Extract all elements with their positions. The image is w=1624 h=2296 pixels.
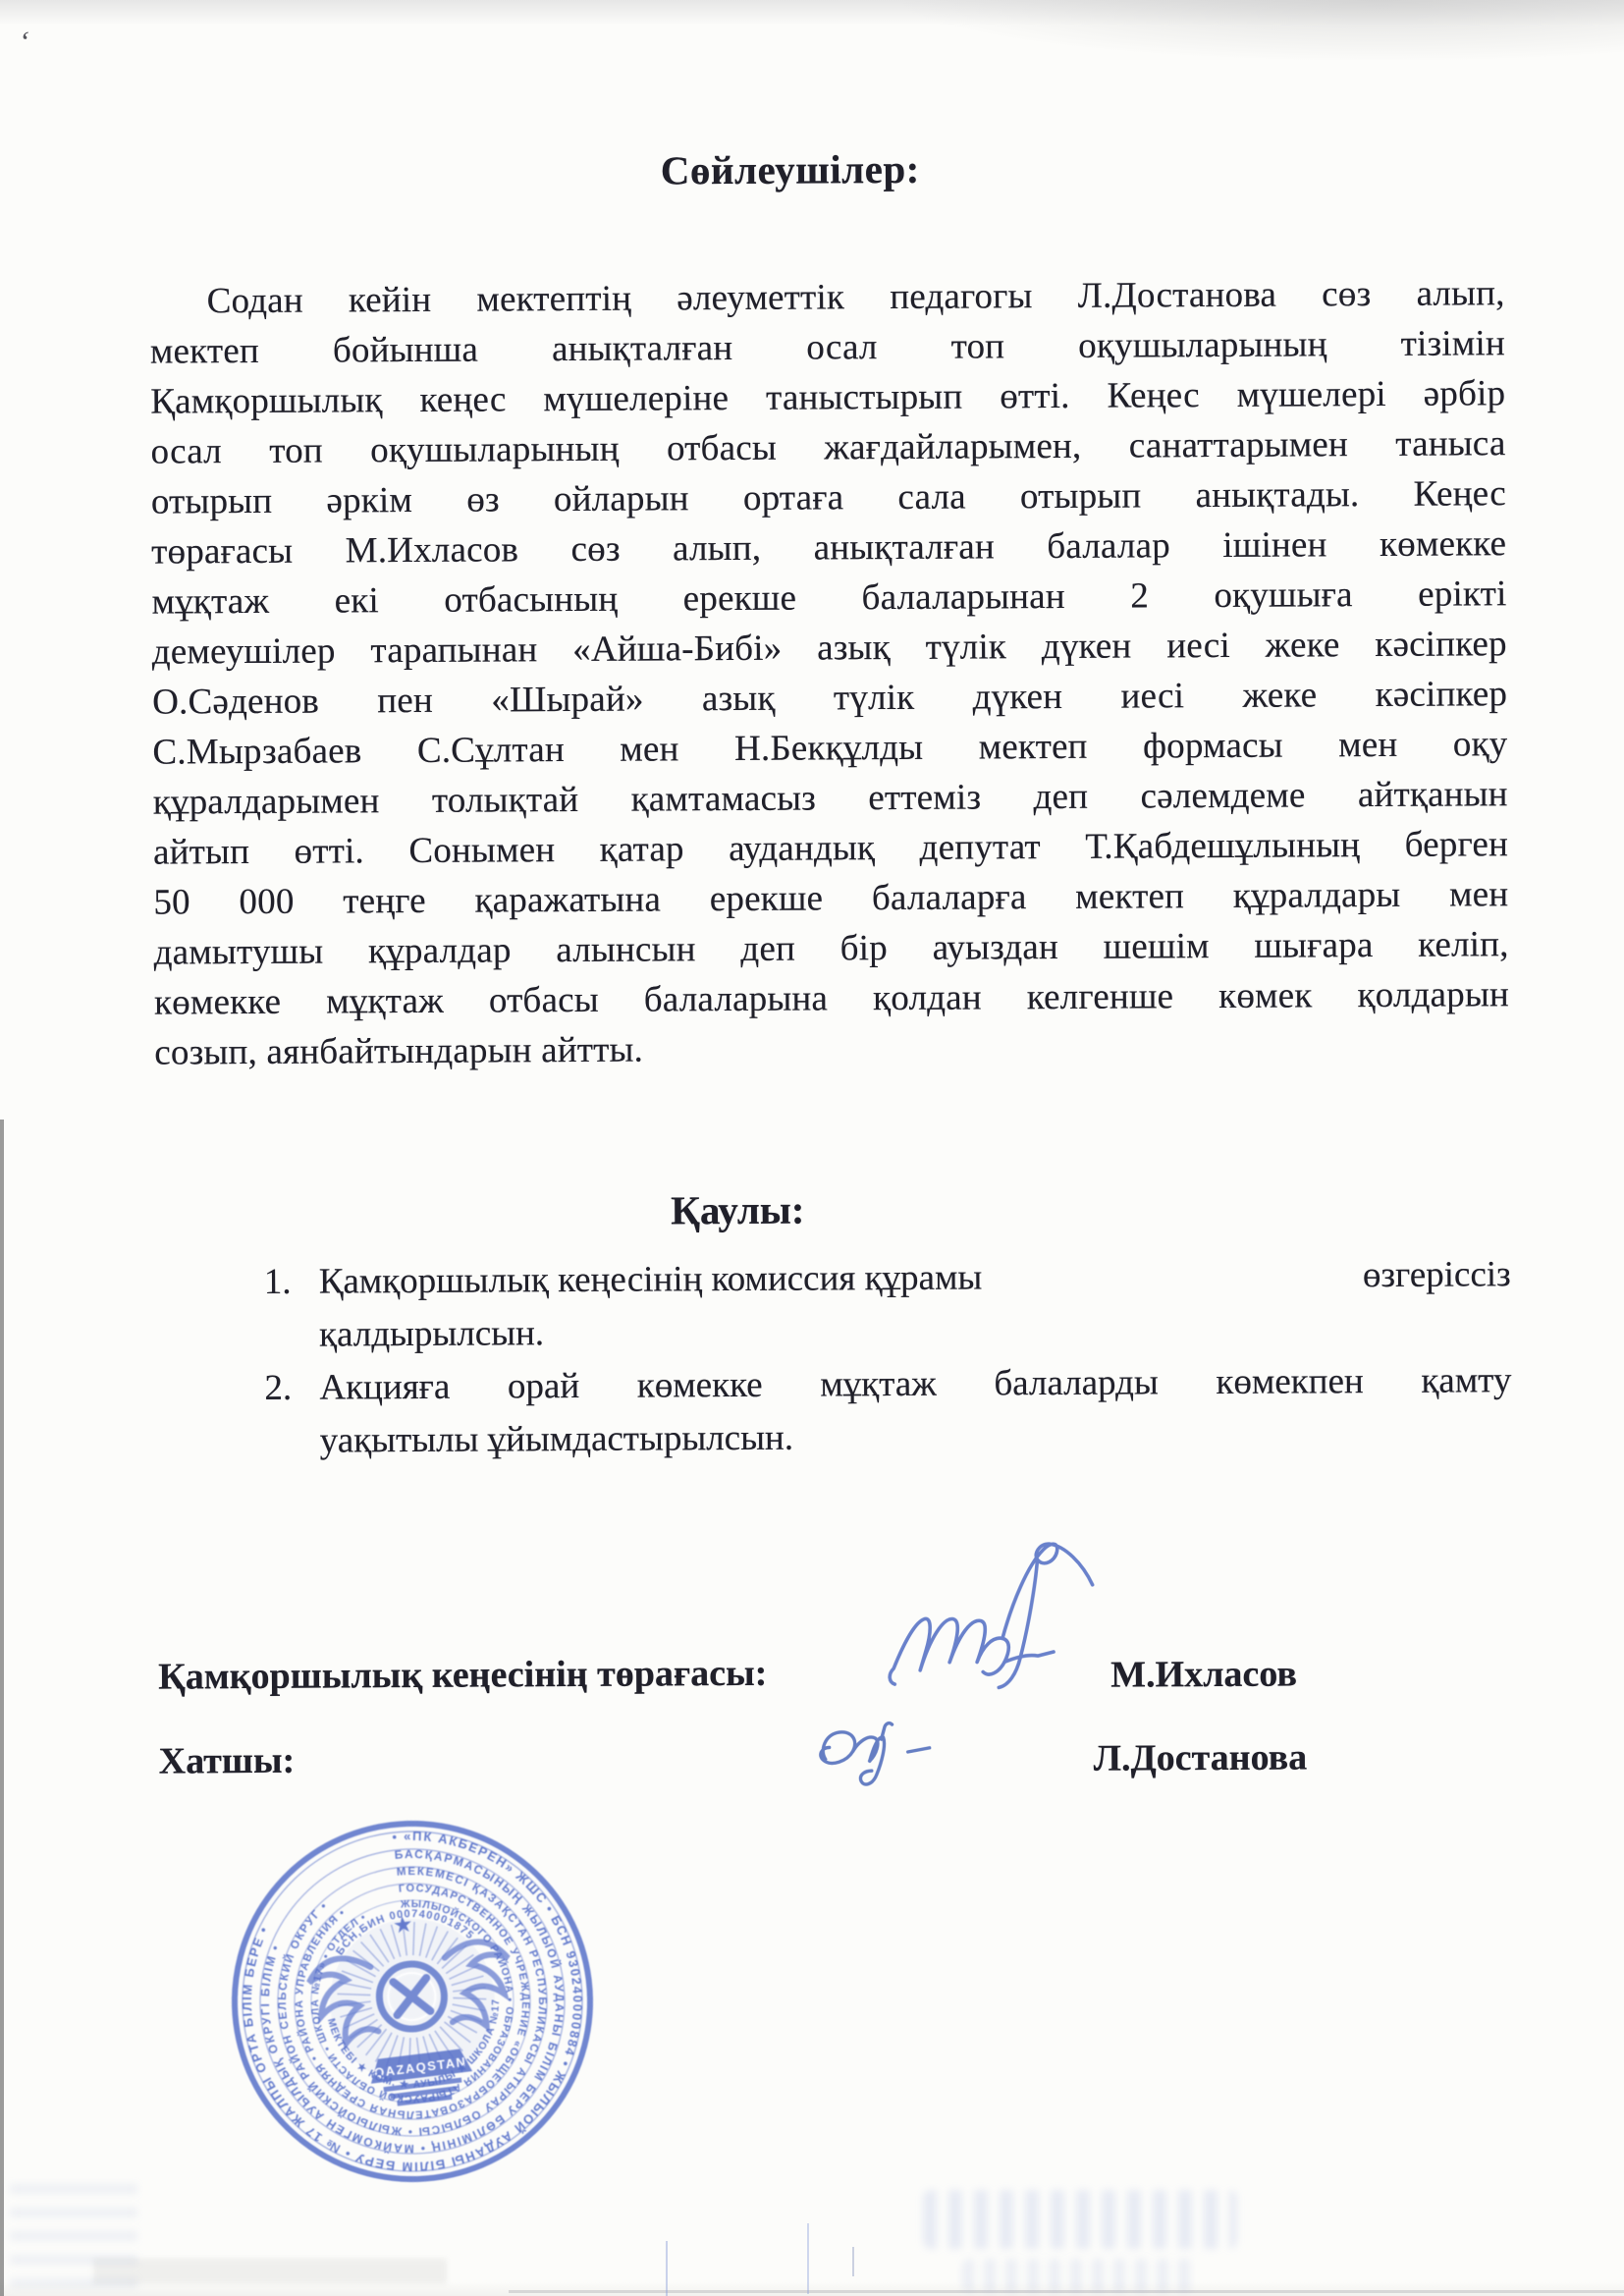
scanned-document-page: Сөйлеушілер: Содан кейін мектептің әлеум… [0,0,1624,2296]
list-item-line: уақытылы ұйымдастырылсын. [320,1407,1512,1467]
paragraph-line: демеушілер тарапынан «Айша-Бибі» азық тү… [152,619,1507,677]
paragraph-line: С.Мырзабаев С.Сұлтан мен Н.Бекқұлды мект… [152,719,1507,777]
chairman-signature-ink [880,1520,1107,1708]
paragraph-line: көмекке мұқтаж отбасы балаларына қолдан … [154,969,1509,1027]
resolution-title: Қаулы: [0,1181,1549,1238]
scan-line-artifact [807,2223,809,2294]
paragraph-line: осал топ оқушыларының отбасы жағдайларым… [150,418,1505,476]
secretary-signature-ink [809,1708,957,1807]
paragraph-line: созып, аянбайтындарын айтты. [154,1019,1509,1077]
paragraph-line: Содан кейін мектептің әлеуметтік педагог… [149,268,1504,326]
list-number: 1. [264,1256,320,1362]
paragraph-line: Қамқоршылық кеңес мүшелеріне таныстырып … [150,368,1505,426]
official-round-stamp: ★ QAZAQSTAN • «ПК АКБЕРЕН» ЖШС • БСН 930… [204,1793,620,2209]
secretary-name: Л.Достанова [1094,1735,1308,1779]
scan-edge-shadow-left [0,1120,4,2296]
paragraph-line: мектеп бойынша анықталған осал топ оқушы… [150,318,1505,376]
paragraph-line: мұқтаж екі отбасының ерекше балаларынан … [151,569,1506,627]
list-item-text-left: Қамқоршылық кеңесінің комиссия құрамы [319,1251,983,1308]
list-item-body: Қамқоршылық кеңесінің комиссия құрамы өз… [319,1248,1512,1361]
scan-edge-line-bottom [509,2290,1624,2293]
page-title: Сөйлеушілер: [0,141,1602,198]
paragraph-line: 50 000 теңге қаражатына ерекше балаларға… [153,869,1508,927]
list-item-text-right: өзгеріссіз [1363,1248,1511,1302]
secretary-label: Хатшы: [159,1739,296,1783]
list-item-line: Қамқоршылық кеңесінің комиссия құрамы өз… [319,1248,1511,1308]
resolution-item-1: 1. Қамқоршылық кеңесінің комиссия құрамы… [264,1248,1512,1362]
paragraph-line: дамытушы құралдар алынсын деп бір ауызда… [154,919,1509,977]
chairman-name: М.Ихласов [1110,1653,1297,1697]
paragraph-line: отырып әркім өз ойларын ортаға сала отыр… [151,468,1506,526]
list-item-line: Акцияға орай көмекке мұқтаж балаларды кө… [319,1354,1511,1414]
body-paragraph: Содан кейін мектептің әлеуметтік педагог… [149,268,1509,1077]
scan-line-artifact [852,2247,854,2276]
list-item-body: Акцияға орай көмекке мұқтаж балаларды кө… [319,1354,1512,1467]
resolution-list: 1. Қамқоршылық кеңесінің комиссия құрамы… [264,1248,1512,1468]
paragraph-line: О.Сәденов пен «Шырай» азық түлік дүкен и… [152,669,1507,727]
paragraph-line: айтып өтті. Сонымен қатар аудандық депут… [153,819,1508,877]
list-number: 2. [264,1362,320,1468]
chairman-label: Қамқоршылық кеңесінің төрағасы: [158,1652,767,1699]
scan-line-artifact [666,2241,668,2296]
resolution-item-2: 2. Акцияға орай көмекке мұқтаж балаларды… [264,1354,1512,1468]
paragraph-line: құралдарымен толықтай қамтамасыз еттеміз… [153,769,1508,827]
paragraph-line: төрағасы М.Ихласов сөз алып, анықталған … [151,519,1506,576]
list-item-line: қалдырылсын. [319,1301,1511,1361]
